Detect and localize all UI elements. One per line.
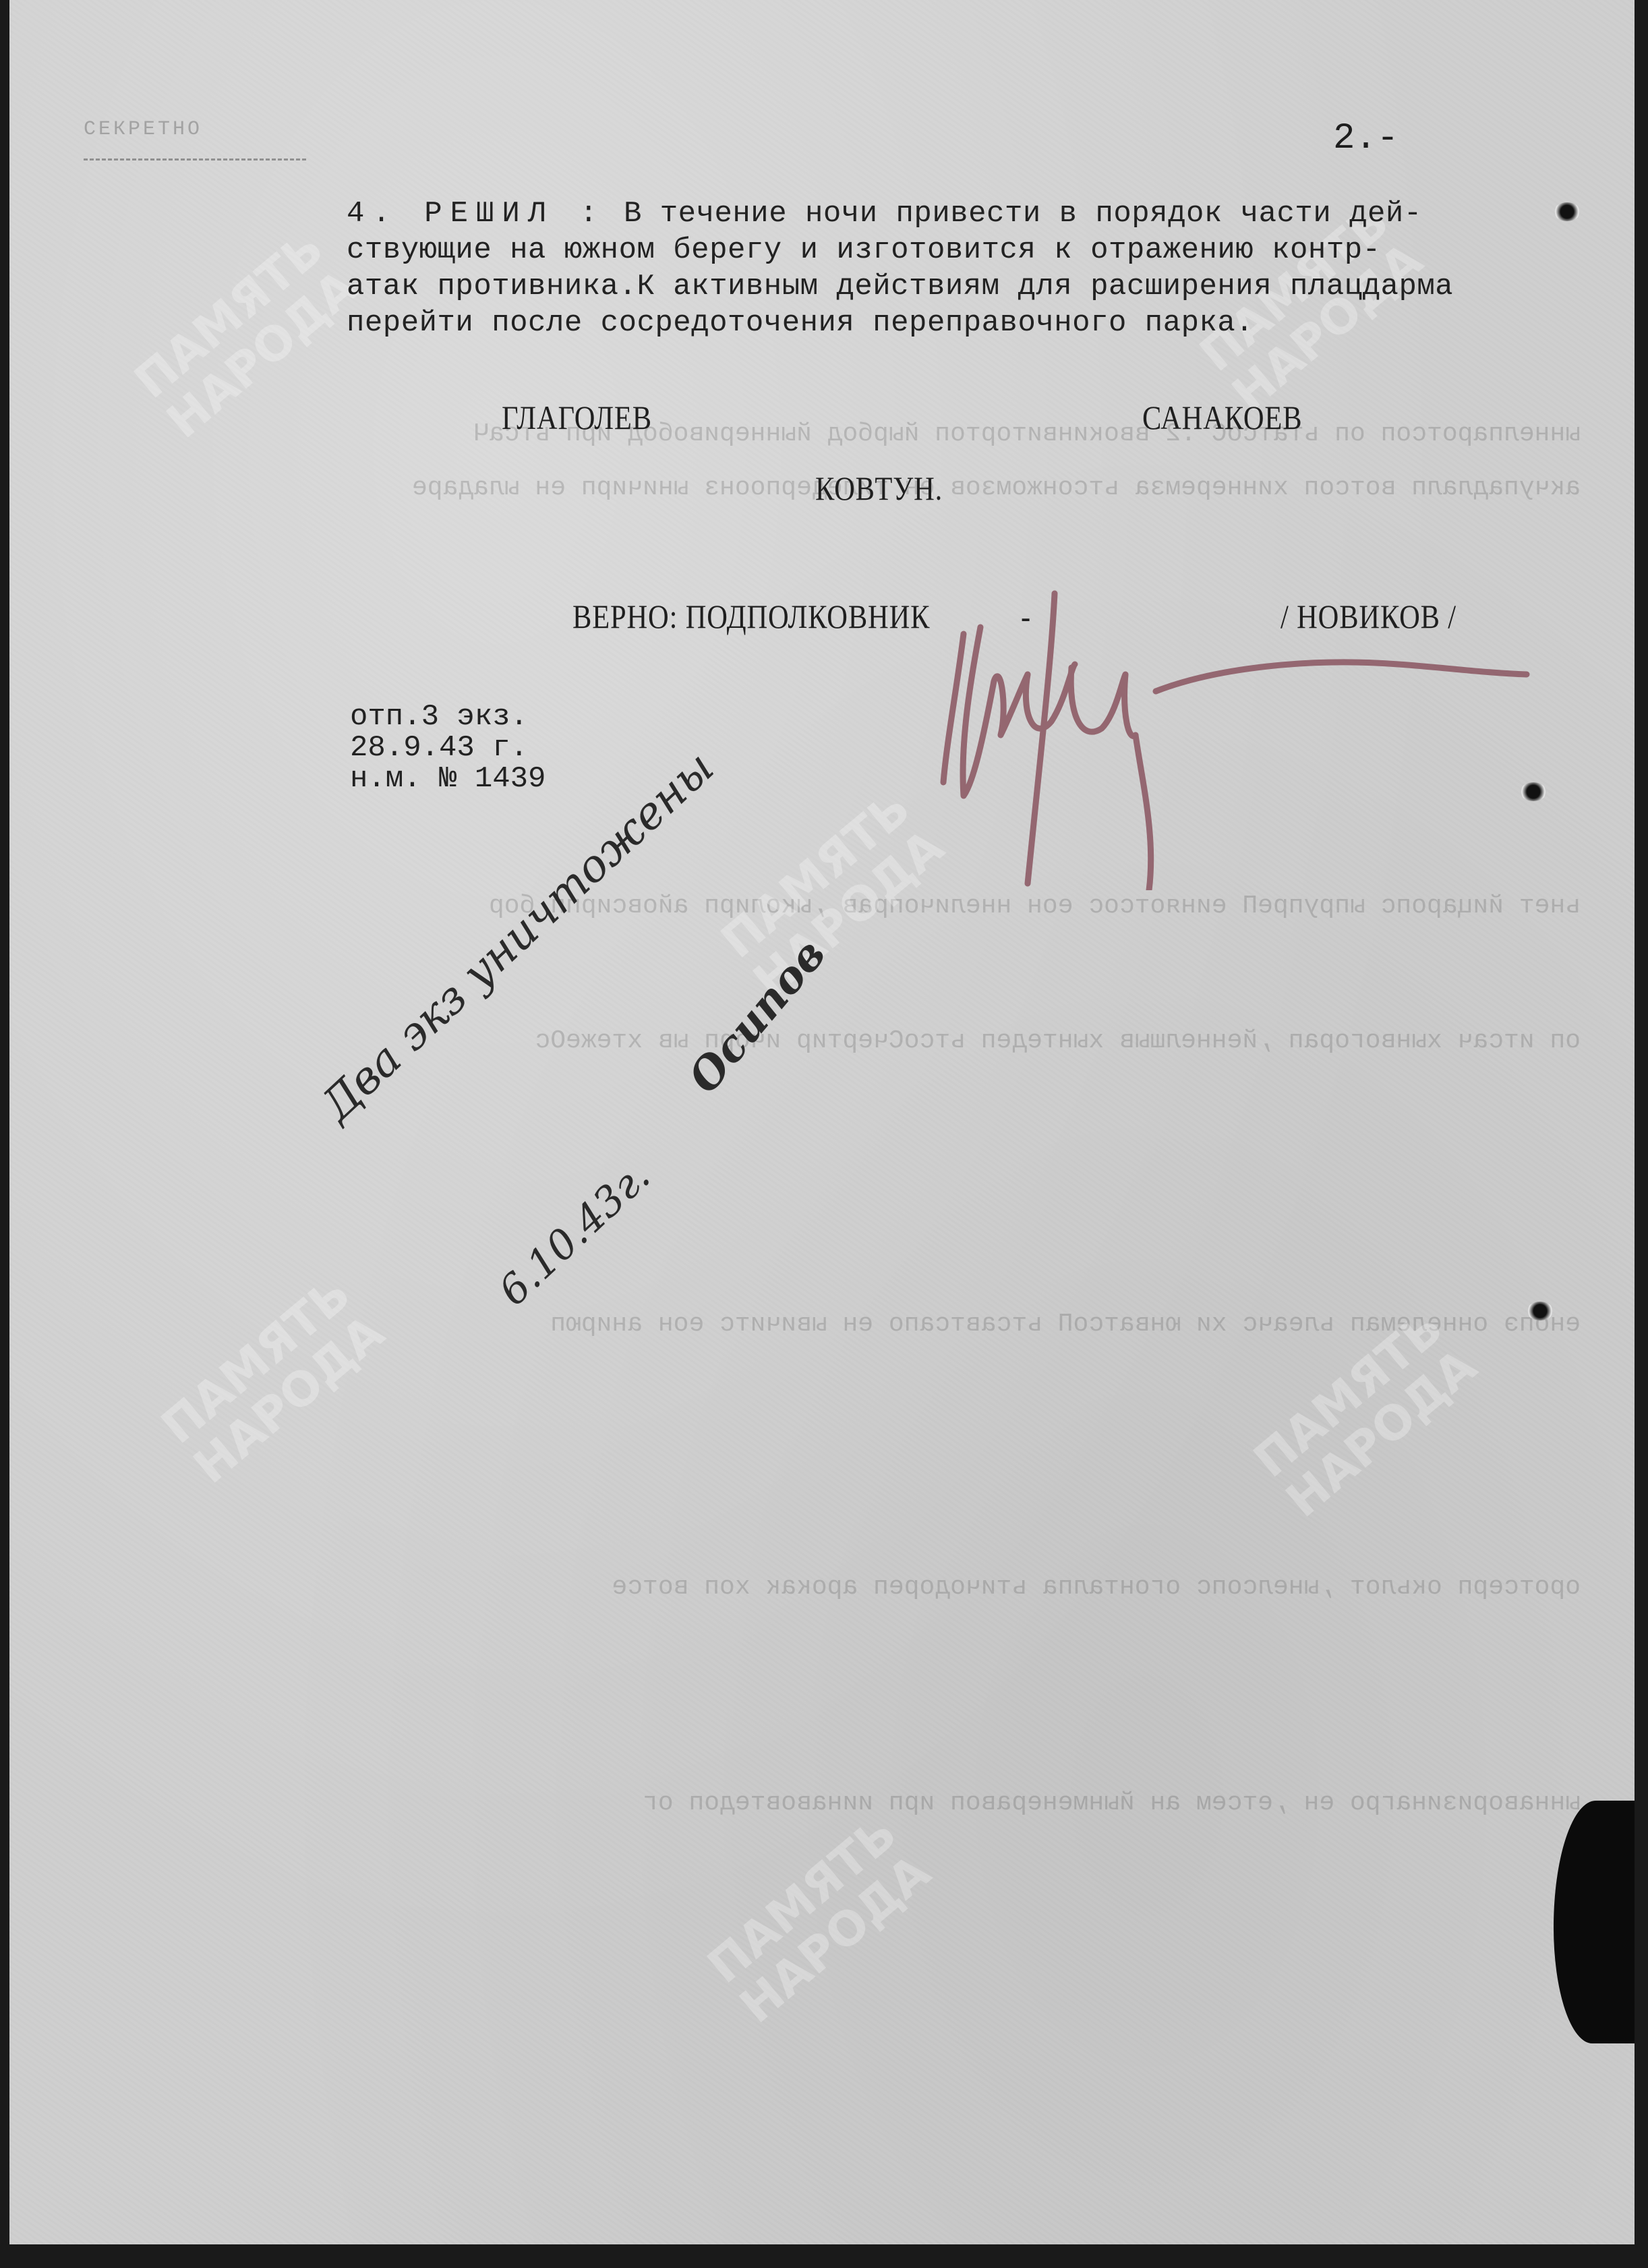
paragraph-line: перейти после сосредоточения переправочн…: [347, 305, 1581, 341]
bleed-through-text: оп итсач хынвогорап ,йеннелшыв хынтедеп …: [36, 1025, 1581, 1057]
decision-paragraph: 4. РЕШИЛ : В течение ночи привести в пор…: [347, 196, 1581, 341]
document-page: ыннелпаротсоп оп ьтатсоС .2 ввокинвиторт…: [9, 0, 1635, 2244]
handwritten-destruction-note: Два экз уничтожены: [311, 741, 724, 1131]
punch-hole: [1527, 1302, 1554, 1320]
watermark: ПАМЯТЬНАРОДА: [152, 1267, 393, 1492]
signatory-right: САНАКОЕВ: [1142, 398, 1302, 437]
bleed-through-text: ыннелпаротсоп оп ьтатсоС .2 ввокинвиторт…: [36, 418, 1581, 450]
paragraph-line: 4. РЕШИЛ : В течение ночи привести в пор…: [347, 196, 1581, 232]
torn-corner: [1554, 1801, 1635, 2043]
faint-stamp: СЕКРЕТНО: [84, 118, 306, 161]
document-meta: отп.3 экз. 28.9.43 г. н.м. № 1439: [350, 701, 546, 794]
copies-count: отп.3 экз.: [350, 701, 546, 732]
signatory-left: ГЛАГОЛЕВ: [502, 398, 652, 437]
document-date: 28.9.43 г.: [350, 732, 546, 763]
watermark: ПАМЯТЬНАРОДА: [125, 221, 366, 447]
document-number: н.м. № 1439: [350, 763, 546, 794]
handwritten-destruction-date: 6.10.43г.: [490, 1153, 659, 1315]
bleed-through-text: акчупадлалп вотсоп хиннеремза ьтсонжомзо…: [36, 472, 1581, 504]
certification-label: ВЕРНО: ПОДПОЛКОВНИК: [572, 597, 930, 636]
watermark: ПАМЯТЬНАРОДА: [698, 1806, 939, 2032]
punch-hole: [1520, 782, 1547, 801]
page-number: 2.-: [1333, 118, 1399, 159]
paragraph-line: атак противника.К активным действиям для…: [347, 268, 1581, 305]
bleed-through-text: ыннаворизинагро ен ,етсем ан йынменераво…: [36, 1787, 1581, 1820]
paragraph-lead: 4. РЕШИЛ :: [347, 197, 606, 231]
bleed-through-text: оротсерп окьлот ,ынелсопс огонталпа ьтич…: [36, 1571, 1581, 1604]
red-ink-signature: [933, 580, 1540, 890]
paragraph-line: ствующие на южном берегу и изготовится к…: [347, 232, 1581, 268]
punch-hole: [1554, 202, 1581, 221]
signatory-center: КОВТУН.: [815, 469, 943, 508]
